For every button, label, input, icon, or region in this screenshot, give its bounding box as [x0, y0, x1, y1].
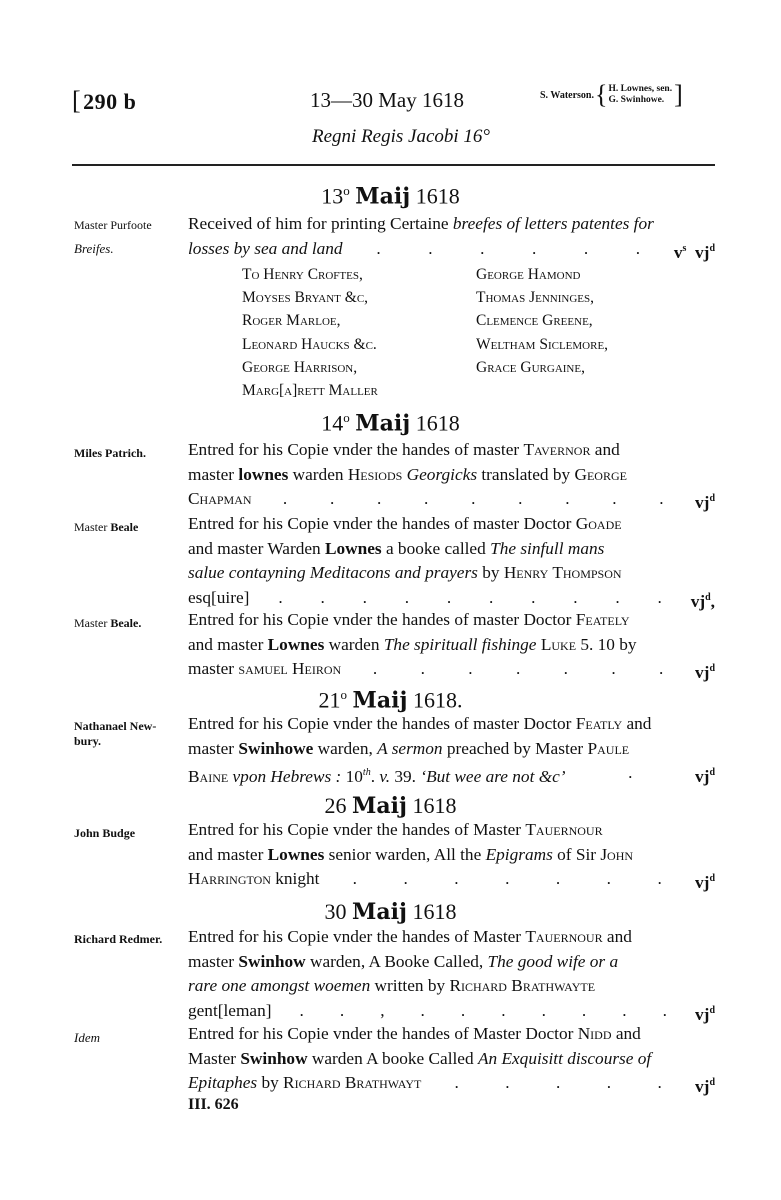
names-column-2: George Hamond Thomas Jenninges, Clemence… [476, 263, 608, 379]
margin-note: Master Purfoote [74, 218, 184, 233]
entry-nathanael-newbury: Entred for his Copie vnder the handes of… [188, 712, 715, 789]
regnal-year: Regni Regis Jacobi 16° [312, 126, 490, 148]
fee: vjd [695, 867, 715, 895]
header-rule [72, 164, 715, 166]
page-number: [290 b [72, 86, 136, 116]
running-head-date: 13—30 May 1618 [310, 88, 464, 113]
wardens-list: H. Lownes, sen. G. Swinhowe. [608, 84, 672, 106]
entry-idem: Entred for his Copie vnder the handes of… [188, 1022, 715, 1099]
warden-1: H. Lownes, sen. [608, 84, 672, 95]
entry-miles-patrich: Entred for his Copie vnder the handes of… [188, 438, 715, 515]
margin-note: Master Beale [74, 520, 184, 535]
date-heading-26-maij: 26 Maij 1618 [0, 793, 781, 819]
fee: vjd [695, 657, 715, 685]
names-column-1: To Henry Croftes, Moyses Bryant &c, Roge… [242, 263, 378, 402]
entry-line: Received of him for printing Certaine br… [188, 212, 715, 237]
fee: vjd [695, 761, 715, 789]
date-heading-13-maij: 13o Maij 1618 [0, 183, 781, 209]
brace-icon: { [595, 85, 607, 105]
entry-master-beale-2: Entred for his Copie vnder the handes of… [188, 608, 715, 685]
fee: vjd [695, 1071, 715, 1099]
entry-last-line: losses by sea and land ...... vs vjd [188, 237, 715, 265]
margin-note: Richard Redmer. [74, 932, 184, 947]
date-heading-30-maij: 30 Maij 1618 [0, 899, 781, 925]
page-bracket: [ [72, 86, 81, 115]
date-heading-14-maij: 14o Maij 1618 [0, 410, 781, 436]
signature-mark: III. 626 [188, 1096, 239, 1114]
entry-richard-redmer: Entred for his Copie vnder the handes of… [188, 925, 715, 1027]
entry-purfoote: Received of him for printing Certaine br… [188, 212, 715, 265]
margin-note: Idem [74, 1030, 184, 1045]
date-heading-21-maij: 21o Maij 1618. [0, 687, 781, 713]
margin-note: Nathanael New- bury. [74, 719, 184, 749]
running-head-officers: S. Waterson. { H. Lownes, sen. G. Swinho… [540, 84, 683, 106]
entry-master-beale-1: Entred for his Copie vnder the handes of… [188, 512, 715, 614]
warden-2: G. Swinhowe. [608, 95, 672, 106]
margin-note: Master Beale. [74, 616, 184, 631]
margin-note: Miles Patrich. [74, 446, 184, 461]
entry-john-budge: Entred for his Copie vnder the handes of… [188, 818, 715, 895]
margin-note-sub: Breifes. [74, 241, 184, 256]
close-bracket-icon: ] [674, 85, 683, 105]
master-label: S. Waterson. [540, 90, 594, 101]
margin-note: John Budge [74, 826, 184, 841]
fee: vs vjd [674, 237, 715, 265]
